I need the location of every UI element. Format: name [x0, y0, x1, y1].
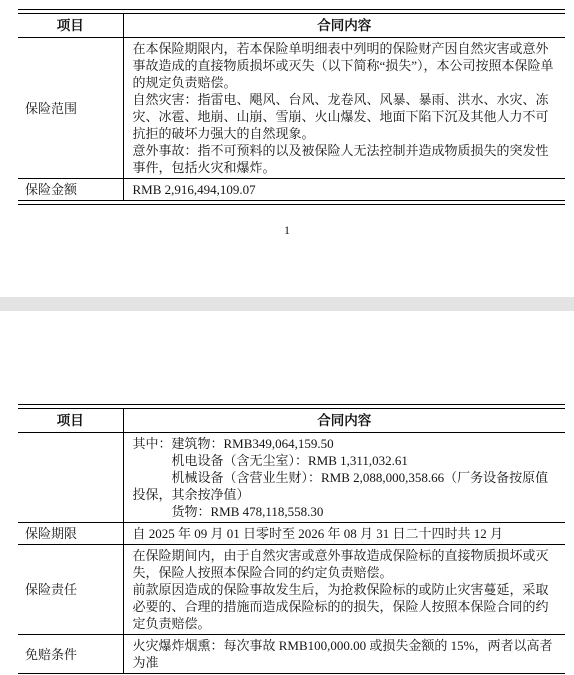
- column-header-content: 合同内容: [123, 14, 565, 38]
- table-row: 保险范围 在本保险期限内，若本保险单明细表中列明的保险财产因自然灾害或意外 事故…: [18, 38, 565, 179]
- row-content-insurance-liability: 在保险期间内，由于自然灾害或意外事故造成保险标的直接物质损坏或灭 失，保险人按照…: [123, 545, 565, 635]
- column-header-item: 项目: [18, 14, 123, 38]
- table-row: 保险责任 在保险期间内，由于自然灾害或意外事故造成保险标的直接物质损坏或灭 失，…: [18, 545, 565, 635]
- contract-table-page1: 项目 合同内容 保险范围 在本保险期限内，若本保险单明细表中列明的保险财产因自然…: [18, 9, 565, 205]
- row-label-insured-amount: 保险金额: [18, 179, 123, 201]
- page-separator: [0, 297, 574, 311]
- table-row: 免赔条件 火灾爆炸烟熏：每次事故 RMB100,000.00 或损失金额的 15…: [18, 635, 565, 674]
- row-label-insurance-period: 保险期限: [18, 523, 123, 545]
- row-content-insurance-scope: 在本保险期限内，若本保险单明细表中列明的保险财产因自然灾害或意外 事故造成的直接…: [123, 38, 565, 179]
- row-content-deductible-terms: 火灾爆炸烟熏：每次事故 RMB100,000.00 或损失金额的 15%，两者以…: [123, 635, 565, 674]
- row-label-insurance-scope: 保险范围: [18, 38, 123, 179]
- row-label-insurance-liability: 保险责任: [18, 545, 123, 635]
- contract-table-page2: 项目 合同内容 其中：建筑物：RMB349,064,159.50 机电设备（含无…: [18, 404, 565, 675]
- table-row: 其中：建筑物：RMB349,064,159.50 机电设备（含无尘室）：RMB …: [18, 433, 565, 523]
- row-content-insurance-period: 自 2025 年 09 月 01 日零时至 2026 年 08 月 31 日二十…: [123, 523, 565, 545]
- table-bottom-double-rule: [18, 200, 565, 205]
- contract-table: 项目 合同内容 其中：建筑物：RMB349,064,159.50 机电设备（含无…: [18, 409, 565, 673]
- row-content-insured-amount: RMB 2,916,494,109.07: [123, 179, 565, 201]
- row-label-amount-breakdown: [18, 433, 123, 523]
- row-content-amount-breakdown: 其中：建筑物：RMB349,064,159.50 机电设备（含无尘室）：RMB …: [123, 433, 565, 523]
- table-row: 保险期限 自 2025 年 09 月 01 日零时至 2026 年 08 月 3…: [18, 523, 565, 545]
- column-header-item: 项目: [18, 409, 123, 433]
- row-label-deductible-terms: 免赔条件: [18, 635, 123, 674]
- table-row: 保险金额 RMB 2,916,494,109.07: [18, 179, 565, 201]
- contract-table: 项目 合同内容 保险范围 在本保险期限内，若本保险单明细表中列明的保险财产因自然…: [18, 14, 565, 200]
- document-viewport: 项目 合同内容 保险范围 在本保险期限内，若本保险单明细表中列明的保险财产因自然…: [0, 0, 574, 675]
- column-header-content: 合同内容: [123, 409, 565, 433]
- table-header-row: 项目 合同内容: [18, 14, 565, 38]
- page-number: 1: [0, 223, 574, 238]
- table-header-row: 项目 合同内容: [18, 409, 565, 433]
